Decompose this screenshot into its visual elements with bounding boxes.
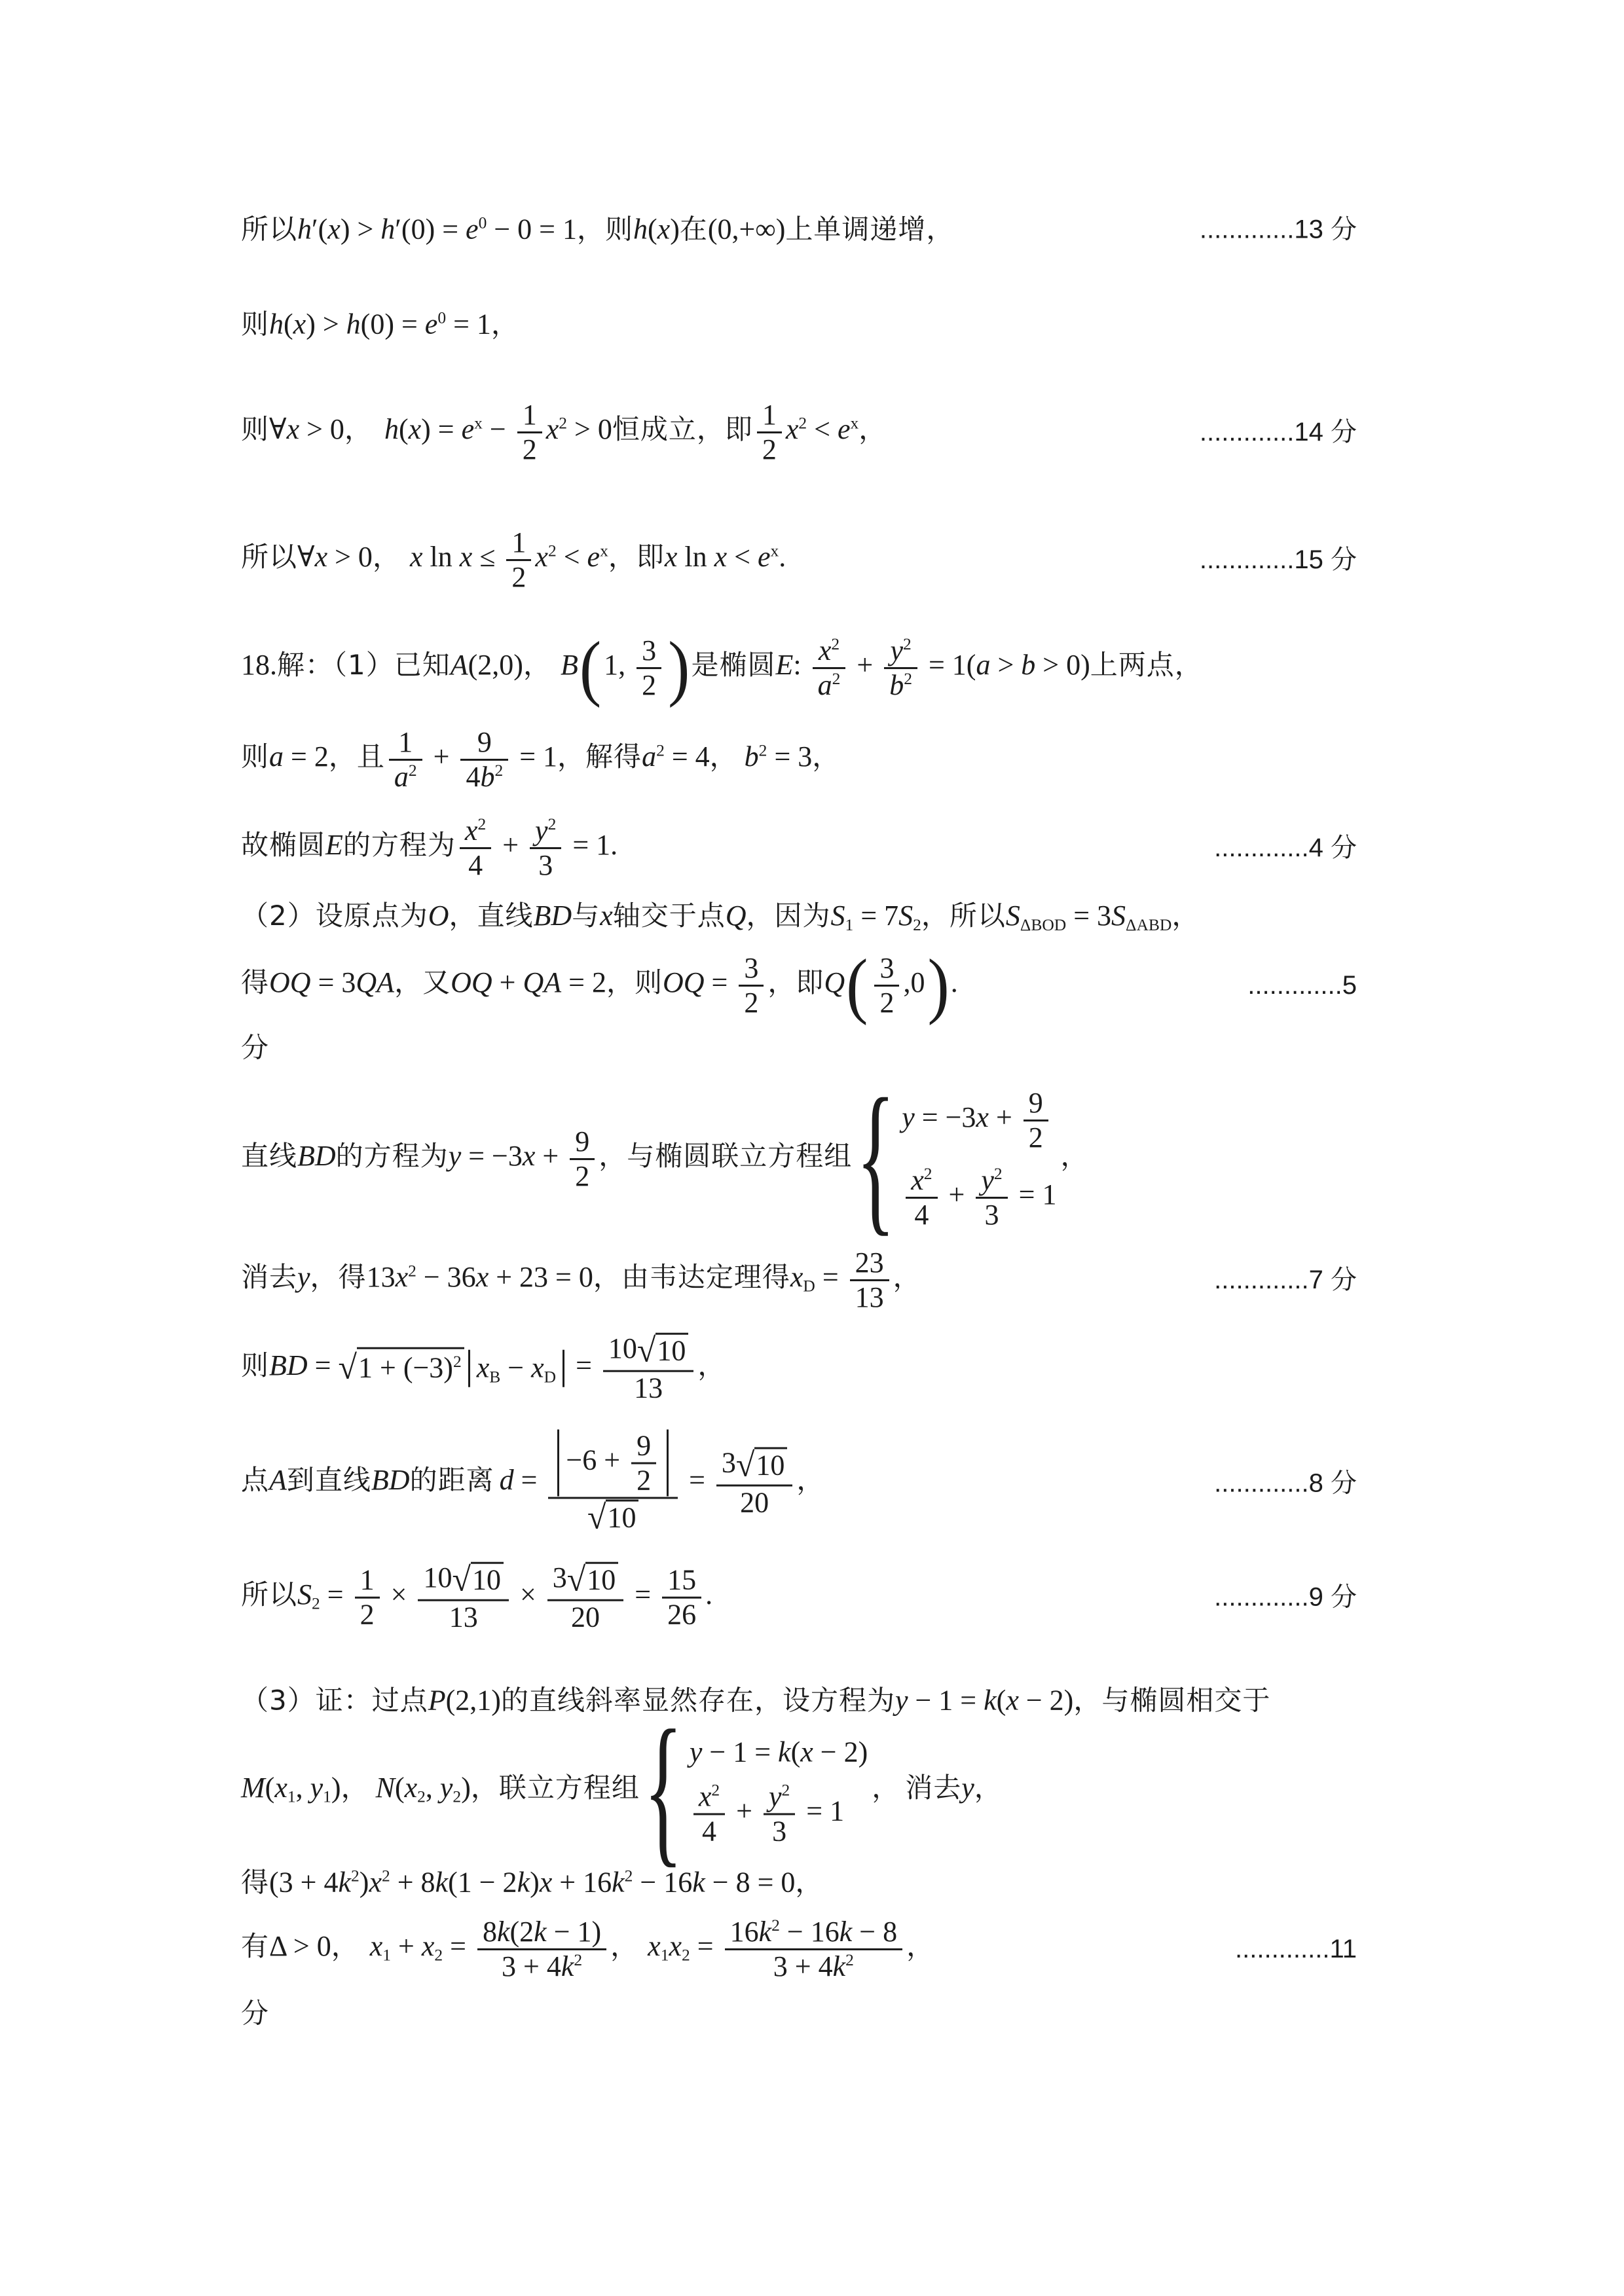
math-run: 1 bbox=[360, 1564, 375, 1596]
brace-icon: { bbox=[856, 1075, 895, 1243]
math-run: 10 bbox=[587, 1564, 616, 1596]
solution-line: 则h(x) > h(0) = e0 = 1， bbox=[241, 306, 1357, 342]
superscript: 2 bbox=[798, 413, 807, 432]
text-run: 轴交于点 bbox=[613, 900, 726, 932]
absolute-value: −6 + 92 bbox=[557, 1429, 669, 1496]
text-run: 得 bbox=[241, 1867, 269, 1899]
text-run: ，则 bbox=[577, 213, 633, 246]
math-run: = bbox=[682, 1464, 712, 1496]
math-run: ) bbox=[331, 1772, 341, 1804]
math-run: = bbox=[514, 1464, 545, 1496]
math-run: > bbox=[990, 649, 1021, 681]
math-run: ln bbox=[677, 541, 714, 573]
solution-line: 故椭圆E的方程为x24 + y23 = 1..............4 分 bbox=[241, 814, 1357, 881]
math-run: b bbox=[480, 761, 494, 793]
math-run: + 8 bbox=[390, 1867, 435, 1899]
square-root: √1 + (−3)2 bbox=[339, 1347, 464, 1390]
line-content: 所以S2 = 12 × 10√1013 × 3√1020 = 1526. bbox=[241, 1561, 712, 1634]
math-run: a bbox=[976, 649, 990, 681]
math-run: BD bbox=[534, 900, 572, 932]
text-run: 直线 bbox=[241, 1140, 297, 1172]
text-run: ，因为 bbox=[747, 900, 831, 932]
math-run: 13 bbox=[855, 1281, 884, 1313]
answer-sheet-page: 所以h′(x) > h′(0) = e0 − 0 = 1，则h(x)在(0,+∞… bbox=[0, 0, 1624, 2296]
math-run: = 1 bbox=[446, 308, 491, 340]
math-run: k bbox=[984, 1685, 997, 1717]
text-run: ， bbox=[1172, 900, 1200, 932]
superscript: x bbox=[600, 541, 608, 560]
math-run: x bbox=[600, 900, 613, 932]
numerator: 10√10 bbox=[603, 1332, 694, 1370]
subscript: 2 bbox=[452, 1787, 461, 1806]
fraction: 32 bbox=[739, 952, 764, 1019]
text-run: ，即 bbox=[608, 541, 665, 573]
math-run: y bbox=[535, 814, 548, 847]
math-run: y bbox=[902, 1101, 915, 1133]
text-run: 消去 bbox=[905, 1772, 961, 1804]
denominator: 3 + 4k2 bbox=[725, 1948, 902, 1983]
math-run: ( bbox=[395, 1772, 405, 1804]
solution-line: （3）证：过点P(2,1)的直线斜率显然存在，设方程为y − 1 = k(x −… bbox=[241, 1683, 1357, 1719]
denominator: 2 bbox=[517, 431, 542, 466]
paren-group: (1, 32) bbox=[580, 634, 690, 701]
text-run: ，又 bbox=[394, 966, 451, 998]
math-run: h bbox=[346, 308, 361, 340]
math-run: QA bbox=[356, 966, 394, 998]
denominator: 2 bbox=[631, 1462, 656, 1497]
superscript: 2 bbox=[548, 541, 557, 560]
fraction: 8k(2k − 1)3 + 4k2 bbox=[477, 1916, 606, 1982]
fraction: 2313 bbox=[850, 1247, 889, 1313]
solution-line: 分 bbox=[241, 1995, 1357, 2032]
text-run: ， bbox=[872, 1772, 900, 1804]
superscript: 2 bbox=[382, 1867, 390, 1886]
math-run: 23 bbox=[855, 1247, 884, 1279]
text-run: 所以 bbox=[241, 541, 297, 573]
math-run: x bbox=[274, 1772, 287, 1804]
math-run: 3 + 4 bbox=[773, 1950, 833, 1982]
line-content: （3）证：过点P(2,1)的直线斜率显然存在，设方程为y − 1 = k(x −… bbox=[241, 1683, 1270, 1719]
subscript: 2 bbox=[312, 1594, 320, 1613]
math-run: x bbox=[476, 1261, 489, 1293]
math-run: 1 bbox=[523, 399, 537, 431]
math-run: − 0 = 1 bbox=[487, 213, 577, 246]
math-run: = bbox=[705, 966, 735, 998]
superscript: 2 bbox=[845, 1950, 854, 1969]
numerator: 23 bbox=[850, 1247, 889, 1279]
math-run: Q bbox=[726, 900, 747, 932]
text-run: ， bbox=[974, 1772, 1003, 1804]
math-run: a bbox=[818, 669, 832, 701]
text-run: （3）证：过点 bbox=[241, 1685, 428, 1717]
math-run: P bbox=[428, 1685, 446, 1717]
solution-line: 有Δ > 0，x1 + x2 = 8k(2k − 1)3 + 4k2，x1x2 … bbox=[241, 1916, 1357, 1982]
math-run: + bbox=[495, 829, 526, 861]
math-run: x bbox=[535, 541, 548, 573]
fraction: 12 bbox=[517, 399, 542, 465]
superscript: 2 bbox=[625, 1867, 633, 1886]
solution-line: M(x1, y1)，N(x2, y2)，联立方程组{y − 1 = k(x − … bbox=[241, 1734, 1357, 1847]
math-run: b bbox=[889, 669, 904, 701]
denominator: b2 bbox=[884, 667, 917, 702]
math-run: + bbox=[535, 1140, 566, 1172]
superscript: 2 bbox=[409, 761, 417, 780]
text-run: 解：（1）已知 bbox=[277, 649, 451, 681]
math-run: 2 bbox=[762, 433, 777, 465]
radicand: 10 bbox=[754, 1448, 787, 1482]
numerator: x2 bbox=[693, 1780, 725, 1813]
denominator: 4 bbox=[906, 1197, 937, 1231]
fraction: 1a2 bbox=[389, 726, 422, 793]
line-content: 分 bbox=[241, 1995, 269, 2032]
system-row: x24 + y23 = 1 bbox=[902, 1164, 1056, 1231]
score-marker: .............4 分 bbox=[1214, 831, 1357, 864]
math-run: x bbox=[327, 213, 341, 246]
math-run: 13 bbox=[634, 1372, 663, 1404]
math-run: E bbox=[325, 829, 343, 861]
math-run: ln bbox=[422, 541, 459, 573]
math-run: 4 bbox=[702, 1815, 716, 1847]
math-run: 2 bbox=[642, 669, 656, 701]
fraction: 94b2 bbox=[460, 726, 508, 793]
fraction: 12 bbox=[506, 526, 531, 593]
superscript: 0 bbox=[479, 213, 487, 232]
text-run: ，与椭圆相交于 bbox=[1073, 1685, 1270, 1717]
math-run: , bbox=[426, 1772, 440, 1804]
math-run: ) > bbox=[306, 308, 346, 340]
math-run: = bbox=[320, 1578, 351, 1611]
math-run: = 2 bbox=[284, 740, 329, 773]
radical-icon: √ bbox=[587, 1499, 606, 1536]
fraction: y23 bbox=[530, 814, 561, 881]
fraction: y2b2 bbox=[884, 634, 917, 701]
math-run: ∀ bbox=[297, 541, 315, 573]
math-run: > 0 bbox=[327, 541, 373, 573]
math-run: ) bbox=[461, 1772, 471, 1804]
radical-icon: √ bbox=[736, 1447, 755, 1484]
denominator: 3 bbox=[530, 847, 561, 882]
solution-line: 所以h′(x) > h′(0) = e0 − 0 = 1，则h(x)在(0,+∞… bbox=[241, 211, 1357, 247]
math-run: e bbox=[466, 213, 479, 246]
math-run: + bbox=[391, 1930, 422, 1962]
math-run: x bbox=[911, 1164, 924, 1196]
math-run: x bbox=[800, 1736, 813, 1768]
text-run: 则 bbox=[241, 740, 269, 773]
math-run: ( bbox=[791, 1736, 801, 1768]
system-row: y − 1 = k(x − 2) bbox=[690, 1734, 868, 1770]
math-run: = 3 bbox=[767, 740, 812, 773]
denominator: 26 bbox=[662, 1597, 701, 1631]
math-run: 3 bbox=[538, 849, 553, 881]
denominator: a2 bbox=[389, 759, 422, 793]
math-run: = bbox=[568, 1349, 599, 1381]
text-run: ，且 bbox=[329, 740, 385, 773]
numerator: 1 bbox=[517, 399, 542, 431]
math-run: ( bbox=[399, 413, 409, 445]
math-run: x bbox=[465, 814, 478, 847]
numerator: 1 bbox=[355, 1564, 380, 1597]
math-run: − 8 bbox=[852, 1916, 897, 1948]
text-run: ，由韦达定理得 bbox=[593, 1261, 790, 1293]
denominator: 20 bbox=[547, 1599, 624, 1634]
math-run: + 16 bbox=[552, 1867, 612, 1899]
numerator: x2 bbox=[906, 1164, 937, 1197]
math-run: y bbox=[895, 1685, 908, 1717]
math-run: 3 bbox=[642, 634, 656, 666]
math-run: 4 bbox=[468, 849, 483, 881]
math-run: 1, bbox=[604, 649, 633, 681]
text-run: 到直线 bbox=[287, 1464, 371, 1496]
math-run: x bbox=[370, 1930, 383, 1962]
math-run: h bbox=[380, 213, 395, 246]
text-run: 则 bbox=[241, 308, 269, 340]
math-run: y bbox=[310, 1772, 323, 1804]
math-run: 1 + (−3) bbox=[358, 1352, 453, 1384]
math-run: x bbox=[477, 1351, 490, 1383]
fraction: 10√1013 bbox=[603, 1332, 694, 1405]
fraction: 32 bbox=[874, 952, 899, 1019]
math-run: 2 bbox=[575, 1160, 589, 1192]
math-run: = bbox=[627, 1578, 658, 1611]
equation-system: {y = −3x + 92x24 + y23 = 1 bbox=[856, 1087, 1056, 1231]
math-run: OQ bbox=[269, 966, 311, 998]
numerator: 9 bbox=[570, 1125, 595, 1158]
math-run: e bbox=[425, 308, 438, 340]
superscript: 2 bbox=[574, 1950, 582, 1969]
math-run: x bbox=[790, 1261, 803, 1293]
score-marker: .............14 分 bbox=[1200, 416, 1357, 448]
math-run: > 0 bbox=[299, 413, 344, 445]
text-run: ， bbox=[491, 308, 519, 340]
math-run: B bbox=[561, 649, 578, 681]
text-run: ，解得 bbox=[557, 740, 642, 773]
line-content: 则h(x) > h(0) = e0 = 1， bbox=[241, 306, 519, 342]
math-run: x bbox=[665, 541, 678, 573]
radicand: 10 bbox=[655, 1333, 688, 1367]
subscript: 1 bbox=[287, 1787, 296, 1806]
math-run: < bbox=[807, 413, 838, 445]
fraction: 32 bbox=[637, 634, 661, 701]
left-paren-icon: ( bbox=[846, 949, 868, 1022]
math-run: x bbox=[293, 308, 306, 340]
math-run: x bbox=[369, 1867, 382, 1899]
math-run: k bbox=[561, 1950, 574, 1982]
line-content: 点A到直线BD的距离d = −6 + 92√10 = 3√1020， bbox=[241, 1429, 824, 1537]
system-rows: y = −3x + 92x24 + y23 = 1 bbox=[902, 1087, 1056, 1231]
math-run: ( bbox=[648, 213, 657, 246]
fraction: 10√1013 bbox=[418, 1561, 509, 1634]
subscript: 2 bbox=[682, 1946, 690, 1965]
text-run: 所以 bbox=[241, 213, 297, 246]
text-run: ， bbox=[610, 1930, 638, 1962]
solution-line: 直线BD的方程为y = −3x + 92，与椭圆联立方程组{y = −3x + … bbox=[241, 1087, 1357, 1231]
math-run: x bbox=[1006, 1685, 1019, 1717]
math-run: ( bbox=[284, 308, 293, 340]
math-run: 9 bbox=[575, 1125, 589, 1157]
score-marker: .............9 分 bbox=[1214, 1581, 1357, 1614]
text-run: ，联立方程组 bbox=[471, 1772, 640, 1804]
text-run: （2）设原点为 bbox=[241, 900, 428, 932]
math-run: A bbox=[451, 649, 468, 681]
text-run: 消去 bbox=[241, 1261, 297, 1293]
superscript: 2 bbox=[408, 1261, 416, 1280]
fraction: 12 bbox=[355, 1564, 380, 1631]
math-run: + bbox=[989, 1101, 1020, 1133]
square-root: √10 bbox=[587, 1499, 639, 1536]
denominator: 2 bbox=[570, 1158, 595, 1193]
math-run: (2,0) bbox=[468, 649, 523, 681]
math-run: − bbox=[500, 1351, 531, 1383]
math-run: BD bbox=[269, 1349, 308, 1381]
numerator: y2 bbox=[976, 1164, 1007, 1197]
math-run: Δ > 0 bbox=[269, 1930, 331, 1962]
text-run: ，即 bbox=[767, 966, 824, 998]
radical-icon: √ bbox=[567, 1561, 586, 1599]
system-row: x24 + y23 = 1 bbox=[690, 1780, 844, 1847]
square-root: √10 bbox=[567, 1562, 619, 1599]
math-run: x bbox=[657, 213, 671, 246]
subscript: 2 bbox=[434, 1946, 443, 1965]
math-run: y bbox=[890, 634, 903, 666]
math-run: x bbox=[714, 541, 728, 573]
math-run: M bbox=[241, 1772, 265, 1804]
radicand: 1 + (−3)2 bbox=[357, 1347, 464, 1386]
math-run: ,0 bbox=[903, 966, 925, 998]
math-run: k bbox=[517, 1867, 530, 1899]
math-run: x bbox=[523, 1140, 536, 1172]
math-run: x bbox=[405, 1772, 418, 1804]
math-run: k bbox=[534, 1916, 547, 1948]
numerator: x2 bbox=[460, 814, 491, 847]
math-run: 10 bbox=[657, 1335, 686, 1367]
text-run: 的方程为 bbox=[343, 829, 456, 861]
subscript: D bbox=[803, 1277, 815, 1296]
math-run: ∀ bbox=[269, 413, 287, 445]
text-run: 是椭圆 bbox=[691, 649, 775, 681]
text-run: ， bbox=[344, 413, 373, 445]
math-run: k bbox=[840, 1916, 853, 1948]
text-run: 在 bbox=[680, 213, 708, 246]
math-run: h bbox=[269, 308, 284, 340]
text-run: ，所以 bbox=[921, 900, 1006, 932]
numerator: 9 bbox=[460, 726, 508, 759]
math-run: a bbox=[642, 740, 656, 773]
line-content: 18.解：（1）已知A(2,0)，B(1, 32)是椭圆E: x2a2 + y2… bbox=[241, 634, 1203, 701]
math-run: 3 bbox=[985, 1199, 999, 1231]
text-run: 恒成立，即 bbox=[612, 413, 753, 445]
math-run: 3 bbox=[744, 952, 758, 984]
denominator: 20 bbox=[716, 1485, 793, 1520]
text-run: 的距离 bbox=[410, 1464, 494, 1496]
text-run: ，则 bbox=[606, 966, 663, 998]
absolute-value: xB − xD bbox=[468, 1349, 564, 1387]
text-run: ， bbox=[812, 740, 840, 773]
subscript: ΔBOD bbox=[1020, 915, 1066, 934]
denominator: 2 bbox=[757, 431, 782, 466]
text-run: ， bbox=[858, 413, 887, 445]
numerator: 9 bbox=[1024, 1087, 1048, 1120]
numerator: 3 bbox=[739, 952, 764, 985]
math-run: − bbox=[483, 413, 513, 445]
text-run: 所以 bbox=[241, 1578, 297, 1611]
math-run: = 7 bbox=[853, 900, 898, 932]
score-marker: .............7 分 bbox=[1214, 1264, 1357, 1296]
superscript: 2 bbox=[832, 669, 841, 688]
math-run: BD bbox=[297, 1140, 336, 1172]
math-run: 8 bbox=[483, 1916, 497, 1948]
math-run: x bbox=[786, 413, 799, 445]
numerator: 15 bbox=[662, 1564, 701, 1597]
math-run: 16 bbox=[730, 1916, 759, 1948]
fraction: x2a2 bbox=[813, 634, 846, 701]
math-run: 2 bbox=[360, 1599, 375, 1631]
solution-line: （2）设原点为O，直线BD与x轴交于点Q，因为S1 = 7S2，所以SΔBOD … bbox=[241, 898, 1357, 936]
math-run: − 2) bbox=[813, 1736, 868, 1768]
math-run: E bbox=[775, 649, 793, 681]
line-content: 则∀x > 0，h(x) = ex − 12x2 > 0恒成立，即12x2 < … bbox=[241, 399, 887, 465]
math-run: 9 bbox=[1029, 1087, 1043, 1119]
math-run: 1 bbox=[398, 726, 413, 758]
math-run: y bbox=[690, 1736, 703, 1768]
subscript: D bbox=[544, 1367, 556, 1386]
math-run: a bbox=[269, 740, 284, 773]
superscript: 2 bbox=[903, 634, 912, 653]
math-run: x bbox=[699, 1780, 712, 1812]
math-run: + bbox=[849, 649, 880, 681]
math-run: ′( bbox=[312, 213, 327, 246]
text-run: 上单调递增， bbox=[785, 213, 954, 246]
math-run: 20 bbox=[571, 1601, 600, 1633]
superscript: 2 bbox=[548, 814, 557, 833]
fraction: 92 bbox=[631, 1429, 656, 1496]
superscript: 2 bbox=[559, 413, 567, 432]
math-run: ′(0) = bbox=[395, 213, 466, 246]
fraction: y23 bbox=[976, 1164, 1007, 1231]
math-run: N bbox=[376, 1772, 395, 1804]
math-run: 2 bbox=[637, 1464, 651, 1496]
math-run: 1 bbox=[762, 399, 777, 431]
math-run: − 1 = bbox=[702, 1736, 778, 1768]
superscript: 2 bbox=[351, 1867, 360, 1886]
math-run: 9 bbox=[477, 726, 492, 758]
paren-content: 32,0 bbox=[868, 952, 927, 1019]
superscript: 2 bbox=[711, 1781, 720, 1800]
subscript: 1 bbox=[382, 1946, 391, 1965]
radical-icon: √ bbox=[637, 1332, 656, 1370]
denominator: 13 bbox=[418, 1599, 509, 1634]
math-run: − 1) bbox=[547, 1916, 601, 1948]
right-paren-icon: ) bbox=[668, 631, 690, 704]
math-run: ) > bbox=[341, 213, 380, 246]
fraction: x24 bbox=[460, 814, 491, 881]
math-run: (0,+∞) bbox=[708, 213, 786, 246]
math-run: 2 bbox=[523, 433, 537, 465]
math-run: S bbox=[1111, 900, 1126, 932]
line-content: 则BD = √1 + (−3)2xB − xD = 10√1013， bbox=[241, 1332, 726, 1405]
radicand: 10 bbox=[585, 1562, 618, 1596]
text-run: 分 bbox=[241, 1032, 269, 1064]
system-row: y = −3x + 92 bbox=[902, 1087, 1052, 1154]
math-run: 26 bbox=[667, 1599, 696, 1631]
math-run: x bbox=[648, 1930, 661, 1962]
math-run: . bbox=[705, 1578, 712, 1611]
line-content: 所以h′(x) > h′(0) = e0 − 0 = 1，则h(x)在(0,+∞… bbox=[241, 211, 954, 247]
math-run: e bbox=[758, 541, 771, 573]
math-run: k bbox=[435, 1867, 449, 1899]
text-run: 则 bbox=[241, 1349, 269, 1381]
radical-icon: √ bbox=[339, 1349, 358, 1387]
math-run: 2 bbox=[879, 987, 894, 1019]
